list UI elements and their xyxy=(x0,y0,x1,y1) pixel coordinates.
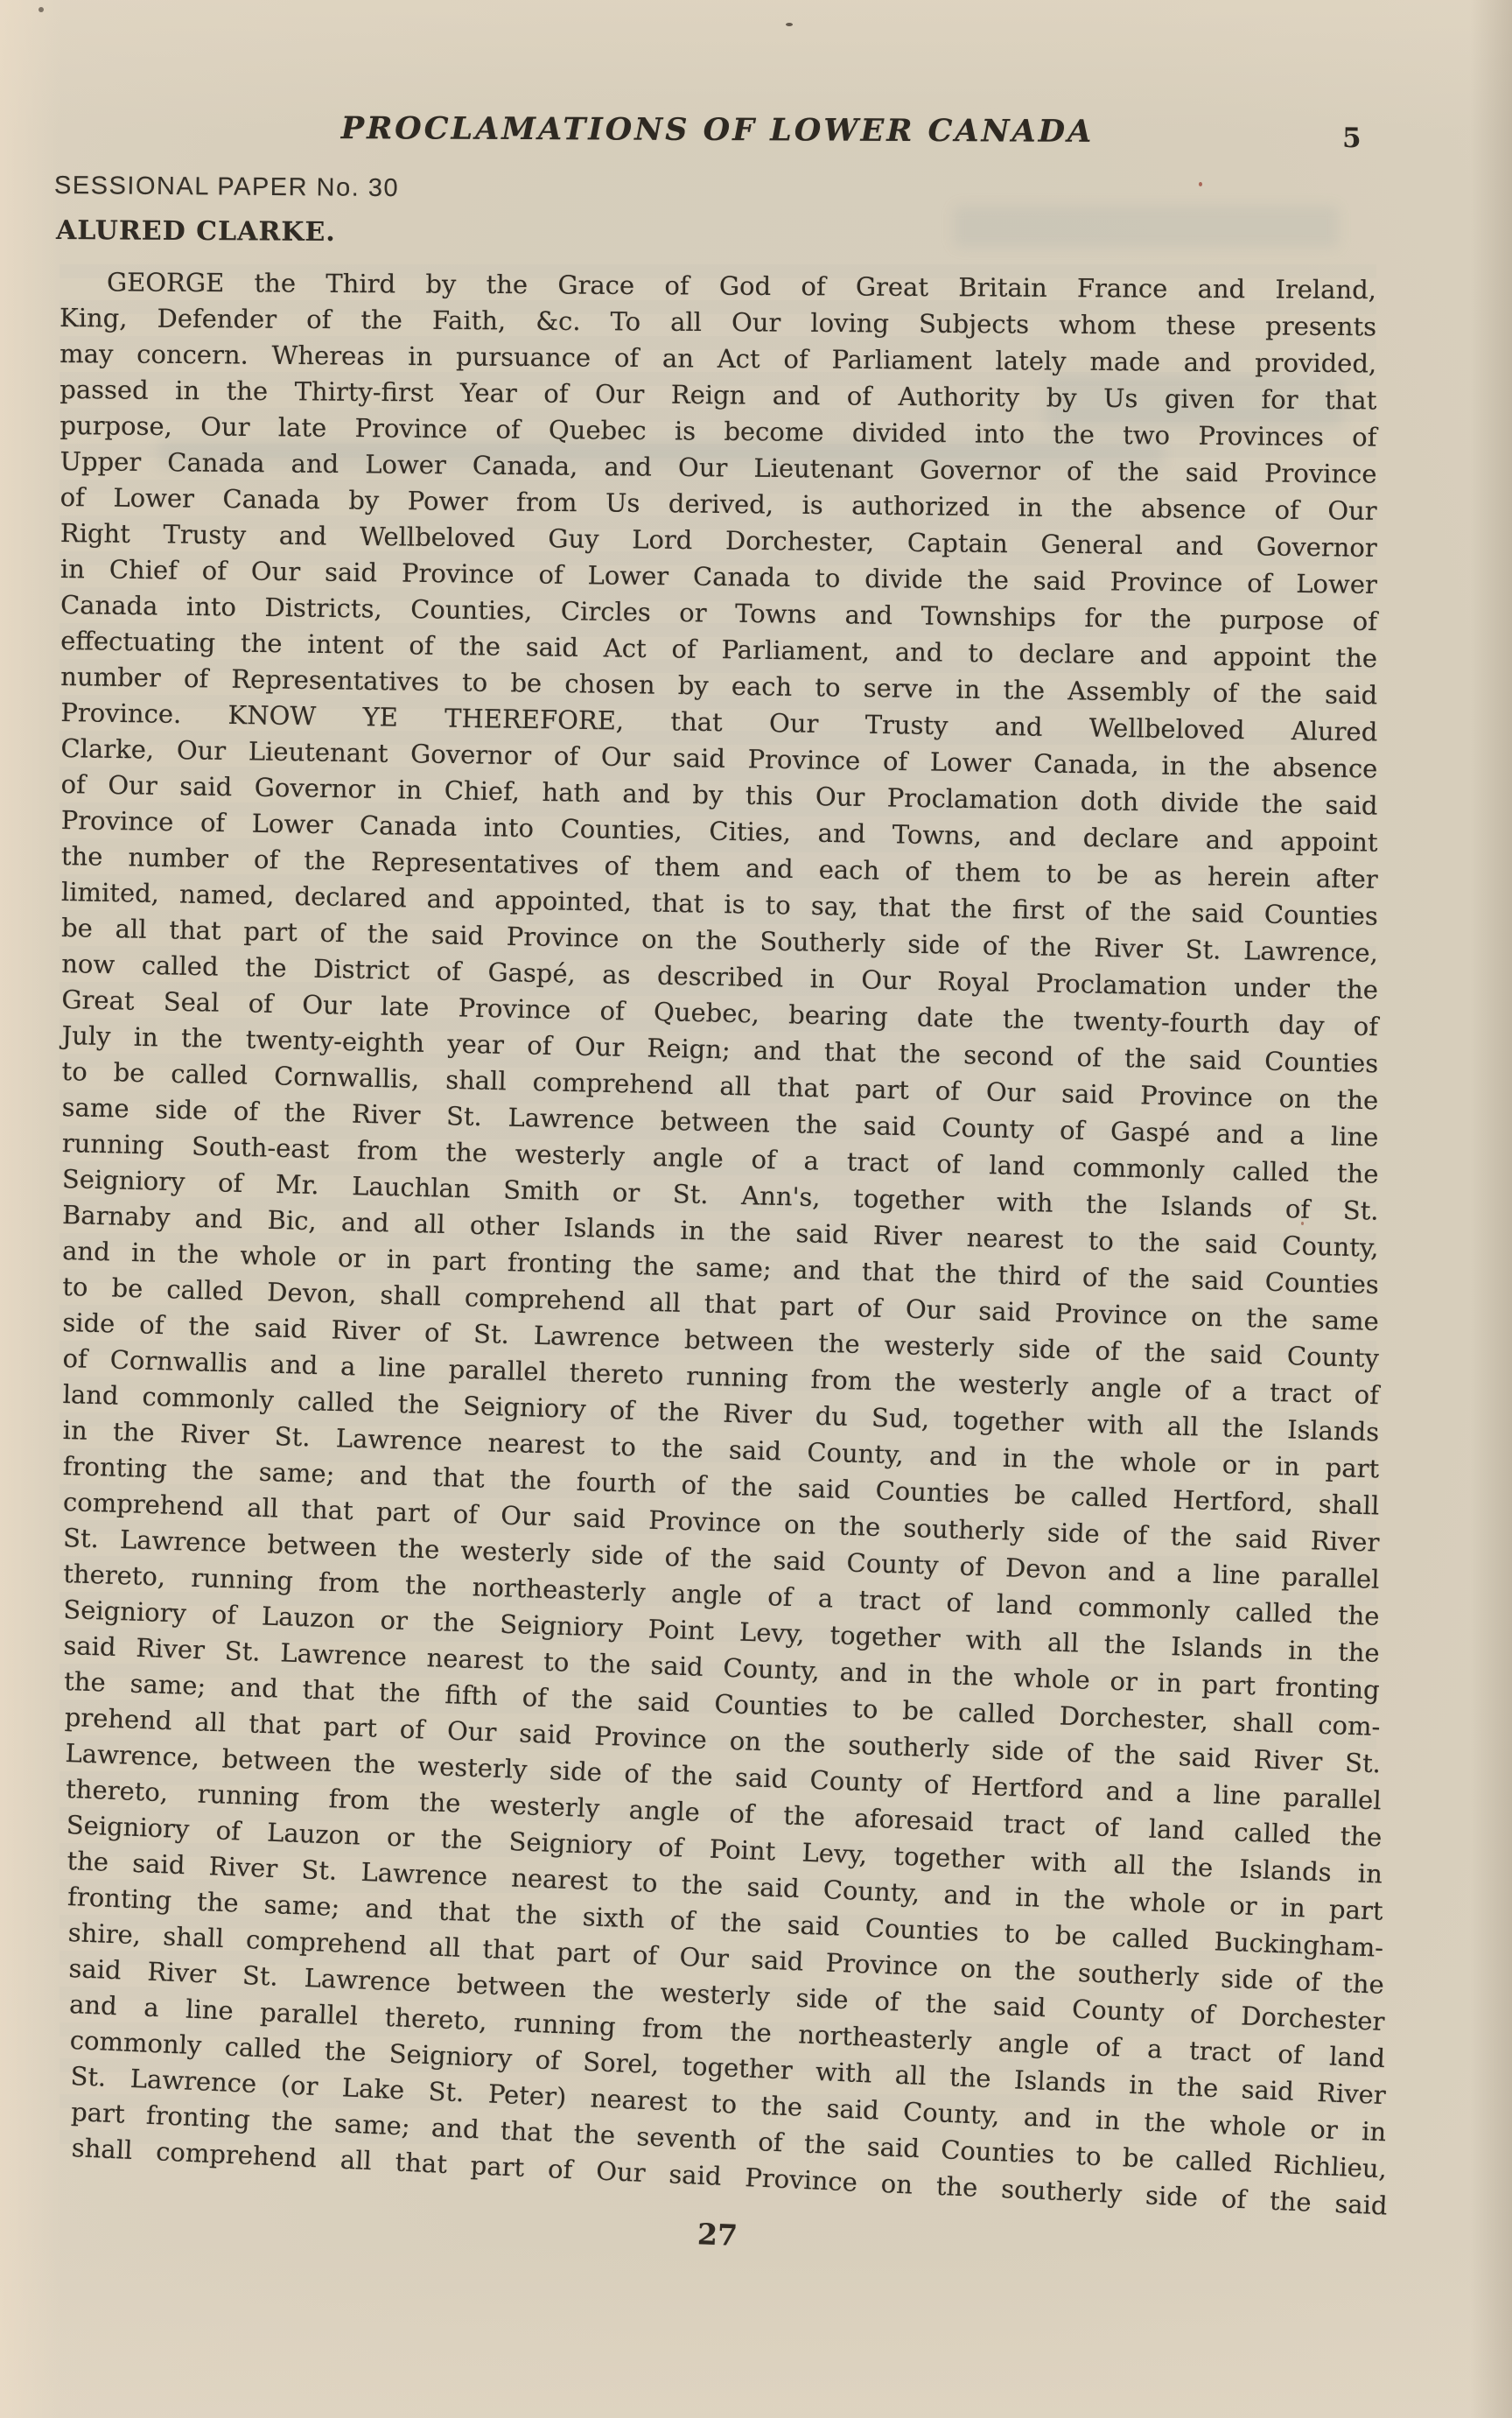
ink-speck xyxy=(1199,182,1202,186)
body-text: GEORGE the Third by the Grace of God of … xyxy=(59,264,1376,2166)
author-heading: ALURED CLARKE. xyxy=(56,215,336,248)
page-title: PROCLAMATIONS OF LOWER CANADA xyxy=(0,109,1435,151)
ghost-stain xyxy=(954,206,1339,248)
top-page-number: 5 xyxy=(1342,123,1361,154)
ink-speck xyxy=(786,23,793,26)
footer-page-number: 27 xyxy=(682,2216,752,2253)
sessional-paper-label: SESSIONAL PAPER No. 30 xyxy=(54,172,399,203)
scanned-document-page: PROCLAMATIONS OF LOWER CANADA 5 SESSIONA… xyxy=(0,0,1512,2418)
ink-speck xyxy=(38,7,44,12)
